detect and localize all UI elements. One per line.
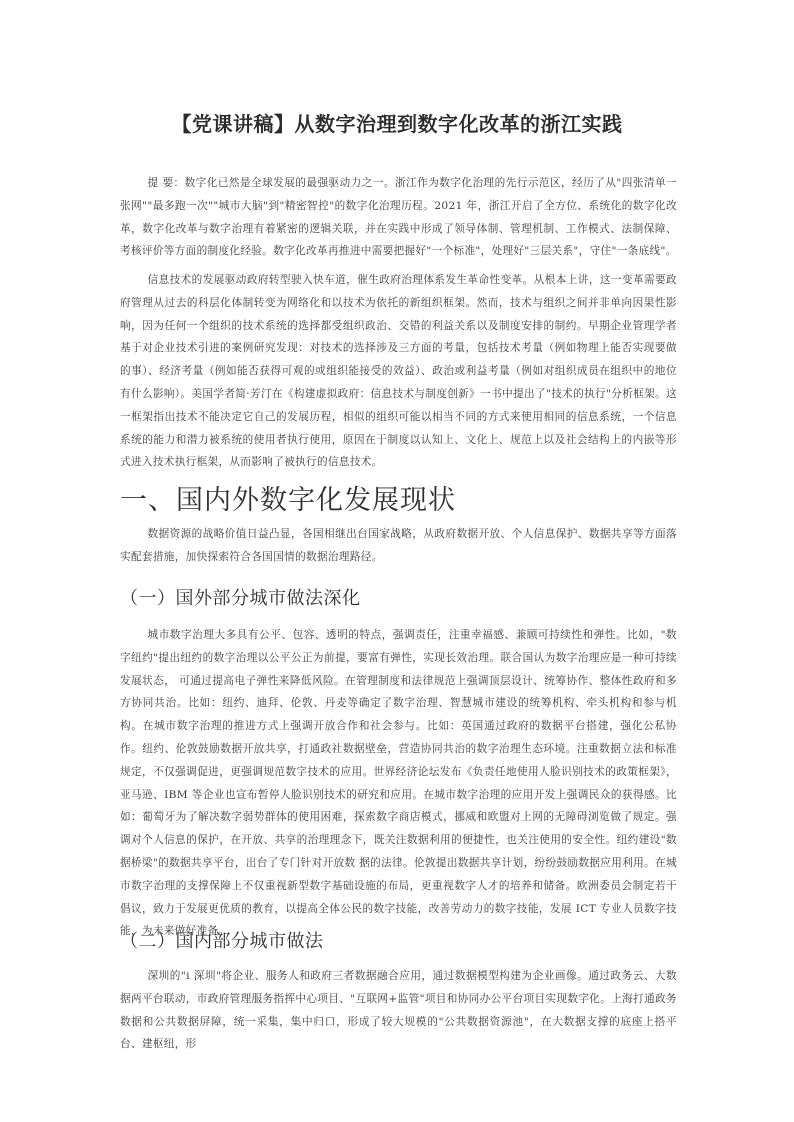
intro-paragraph: 信息技术的发展驱动政府转型驶入快车道，催生政府治理体系发生革命性变革。从根本上讲… xyxy=(120,269,677,474)
subsection-heading-domestic: （二）国内部分城市做法 xyxy=(120,927,324,953)
document-page: 【党课讲稿】从数字治理到数字化改革的浙江实践 提 要：数字化已然是全球发展的最强… xyxy=(0,0,794,1122)
abstract-paragraph: 提 要：数字化已然是全球发展的最强驱动力之一。浙江作为数字化治理的先行示范区，经… xyxy=(120,172,677,263)
subsection-paragraph-foreign: 城市数字治理大多具有公平、包容、透明的特点，强调责任，注重幸福感、兼顾可持续性和… xyxy=(120,624,677,943)
subsection-heading-foreign: （一）国外部分城市做法深化 xyxy=(120,584,361,610)
section-paragraph: 数据资源的战略价值日益凸显，各国相继出台国家战略，从政府数据开放、个人信息保护、… xyxy=(120,523,677,569)
subsection-paragraph-domestic: 深圳的"i 深圳"将企业、服务人和政府三者数据融合应用，通过数据模型构建为企业画… xyxy=(120,965,677,1056)
document-title: 【党课讲稿】从数字治理到数字化改革的浙江实践 xyxy=(0,108,794,137)
section-heading: 一、国内外数字化发展现状 xyxy=(120,478,456,517)
